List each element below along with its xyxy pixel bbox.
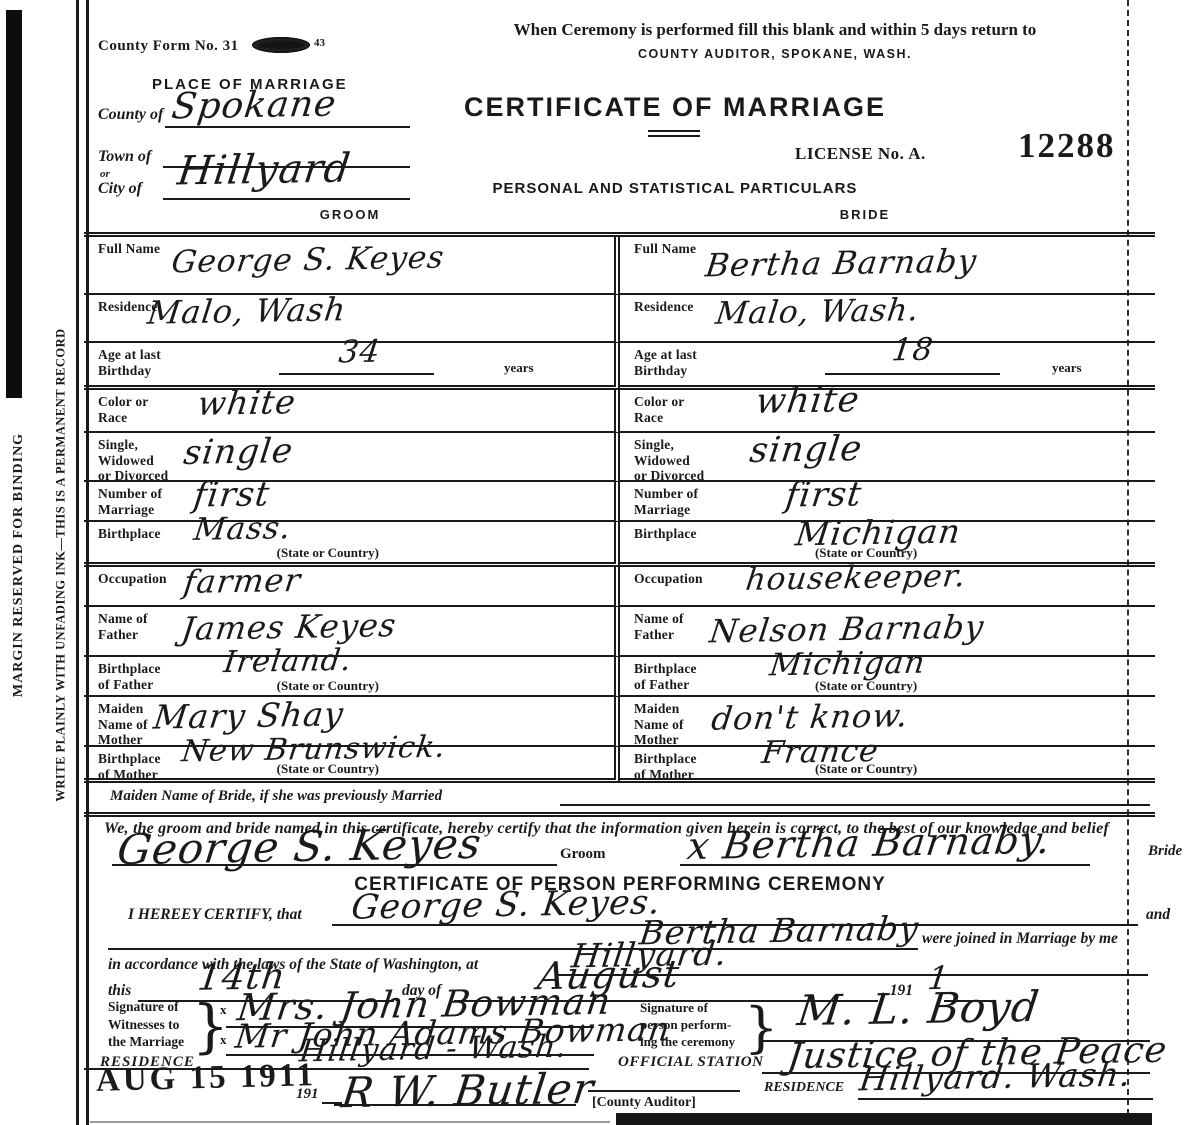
performer-residence-line — [858, 1098, 1153, 1100]
bride-signature: x Bertha Barnaby. — [685, 821, 1053, 865]
table-row: Occupation housekeeper. — [620, 567, 1155, 607]
table-row: Full Name Bertha Barnaby — [620, 237, 1155, 295]
table-row: Color or Race white — [84, 390, 620, 433]
bride-residence: Malo, Wash. — [714, 295, 921, 330]
particulars-table: Full Name George S. Keyes Full Name Bert… — [84, 232, 1155, 783]
field-label: Birthplace of Father — [634, 661, 697, 692]
age-line — [825, 373, 1000, 375]
witness-2-mark: x — [220, 1032, 227, 1048]
groom-mother-maiden-name: Mary Shay — [152, 697, 346, 733]
field-label: Name of Father — [634, 611, 684, 642]
witness-residence-value: Hillyard - Wash. — [298, 1032, 569, 1068]
state-or-country-note: (State or Country) — [815, 761, 917, 777]
bride-signature-label: Bride — [1148, 843, 1182, 860]
table-row: Full Name George S. Keyes — [84, 237, 620, 295]
filing-year-blank: 191 — [296, 1086, 319, 1103]
field-label: Age at last Birthday — [634, 347, 697, 378]
certificate-title: CERTIFICATE OF MARRIAGE — [440, 92, 910, 123]
performer-brace: } — [744, 996, 778, 1059]
state-or-country-note: (State or Country) — [815, 678, 917, 694]
field-label: Maiden Name of Mother — [98, 701, 148, 748]
field-label: Birthplace — [98, 526, 161, 542]
return-to-auditor: COUNTY AUDITOR, SPOKANE, WASH. — [455, 47, 1095, 61]
bride-column-header: BRIDE — [820, 207, 910, 222]
performer-label: Signature of person perform- ing the cer… — [640, 1000, 735, 1051]
groom-father-birthplace: Ireland. — [222, 646, 353, 678]
license-number: 12288 — [1018, 126, 1116, 166]
margin-write-plainly-text: WRITE PLAINLY WITH UNFADING INK—THIS IS … — [54, 328, 69, 801]
field-label: Maiden Name of Mother — [634, 701, 684, 748]
bride-mother-maiden-name: don't know. — [710, 699, 911, 734]
bride-marriage-number: first — [784, 477, 864, 512]
accordance-label: in accordance with the laws of the State… — [108, 956, 478, 974]
performer-residence-label: RESIDENCE — [764, 1080, 844, 1096]
field-label: Birthplace — [634, 526, 697, 542]
joined-in-marriage-label: were joined in Marriage by me — [922, 930, 1118, 948]
marriage-certificate-document: MARGIN RESERVED FOR BINDING WRITE PLAINL… — [0, 0, 1190, 1125]
table-row: Birthplace of Father Michigan (State or … — [620, 657, 1155, 697]
ceremony-groom-name: George S. Keyes. — [350, 885, 663, 924]
town-of-label: Town of — [98, 148, 151, 166]
table-row: Single, Widowed or Divorced single — [84, 433, 620, 482]
field-label: Age at last Birthday — [98, 347, 161, 378]
i-hereby-certify-label: I HEREEY CERTIFY, that — [128, 906, 302, 924]
groom-marriage-number: first — [192, 477, 272, 512]
county-auditor-label: [County Auditor] — [592, 1095, 696, 1111]
groom-birthplace: Mass. — [192, 513, 293, 546]
field-label: Full Name — [634, 241, 696, 257]
groom-race: white — [196, 385, 298, 420]
table-row: Birthplace of Mother France (State or Co… — [620, 747, 1155, 783]
bride-race: white — [754, 383, 862, 420]
table-row: Occupation farmer — [84, 567, 620, 607]
field-label: Single, Widowed or Divorced — [634, 437, 704, 484]
field-label: Birthplace of Mother — [98, 751, 161, 782]
table-row: Birthplace Mass. (State or Country) — [84, 522, 620, 567]
scan-bottom-line — [90, 1121, 610, 1123]
scan-edge-bar — [6, 10, 22, 398]
field-label: Color or Race — [634, 394, 684, 425]
field-label: Full Name — [98, 241, 160, 257]
groom-residence: Malo, Wash — [146, 293, 348, 328]
table-row: Single, Widowed or Divorced single — [620, 433, 1155, 482]
subtitle-particulars: PERSONAL AND STATISTICAL PARTICULARS — [430, 180, 920, 197]
table-row: Age at last Birthday 34 years — [84, 343, 620, 390]
field-label: Birthplace of Father — [98, 661, 161, 692]
maiden-name-of-bride-label: Maiden Name of Bride, if she was previou… — [110, 788, 442, 805]
license-label: LICENSE No. A. — [795, 144, 926, 164]
performer-signature: M. L. Boyd — [795, 986, 1042, 1032]
bride-father-name: Nelson Barnaby — [708, 611, 986, 648]
witnesses-label: Signature of Witnesses to the Marriage — [108, 998, 184, 1051]
maiden-name-line — [560, 804, 1150, 806]
witness-1-mark: x — [220, 1002, 227, 1018]
bride-signature-line — [680, 864, 1090, 866]
performer-residence-value: Hillyard. Wash. — [858, 1058, 1134, 1096]
city-of-value: Hillyard — [175, 148, 353, 191]
county-auditor-rule — [588, 1090, 740, 1092]
auditor-signature-line — [334, 1104, 576, 1106]
table-row: Number of Marriage first — [84, 482, 620, 522]
table-row: Age at last Birthday 18 years — [620, 343, 1155, 390]
printer-union-bug-icon — [252, 37, 310, 53]
bride-father-birthplace: Michigan — [768, 648, 927, 682]
field-label: Single, Widowed or Divorced — [98, 437, 168, 484]
scan-bottom-band — [616, 1113, 1152, 1125]
groom-father-name: James Keyes — [180, 609, 399, 645]
union-bug-number: 43 — [314, 37, 325, 49]
table-row: Maiden Name of Mother don't know. — [620, 697, 1155, 747]
age-line — [279, 373, 434, 375]
groom-column-header: GROOM — [305, 207, 395, 222]
table-row: Residence Malo, Wash. — [620, 295, 1155, 343]
official-station-label: OFFICIAL STATION — [618, 1054, 763, 1071]
return-notice: When Ceremony is performed fill this bla… — [455, 20, 1095, 40]
form-number: County Form No. 31 — [98, 38, 239, 55]
table-row: Color or Race white — [620, 390, 1155, 433]
city-of-label: City of — [98, 180, 142, 198]
state-or-country-note: (State or Country) — [277, 761, 379, 777]
county-of-label: County of — [98, 106, 163, 124]
bride-age: 18 — [890, 335, 935, 367]
field-label: Name of Father — [98, 611, 148, 642]
county-line — [165, 126, 410, 128]
city-line — [163, 198, 410, 200]
bride-marital-status: single — [748, 432, 865, 469]
groom-age: 34 — [337, 337, 382, 369]
bride-occupation: housekeeper. — [744, 561, 968, 596]
years-label: years — [504, 360, 534, 376]
field-label: Number of Marriage — [634, 486, 698, 517]
state-or-country-note: (State or Country) — [277, 545, 379, 561]
groom-signature-label: Groom — [560, 846, 606, 863]
field-label: Color or Race — [98, 394, 148, 425]
table-row: Birthplace of Mother New Brunswick. (Sta… — [84, 747, 620, 783]
filing-date-stamp: AUG 15 1911 — [96, 1057, 317, 1100]
groom-signature-line — [112, 864, 557, 866]
field-label: Occupation — [98, 571, 167, 587]
margin-binding-text: MARGIN RESERVED FOR BINDING — [11, 433, 27, 697]
state-or-country-note: (State or Country) — [277, 678, 379, 694]
title-rule — [648, 130, 700, 137]
table-row: Birthplace of Father Ireland. (State or … — [84, 657, 620, 697]
field-label: Occupation — [634, 571, 703, 587]
and-label: and — [1146, 906, 1170, 924]
groom-full-name: George S. Keyes — [170, 243, 446, 279]
years-label: years — [1052, 360, 1082, 376]
city-of-label-prefix: or — [100, 168, 110, 180]
field-label: Birthplace of Mother — [634, 751, 697, 782]
groom-occupation: farmer — [182, 564, 303, 598]
groom-marital-status: single — [182, 434, 295, 470]
county-of-value: Spokane — [170, 87, 339, 126]
field-label: Number of Marriage — [98, 486, 162, 517]
bride-full-name: Bertha Barnaby — [704, 245, 979, 282]
field-label: Residence — [634, 299, 694, 315]
auditor-signature: R W. Butler — [339, 1068, 596, 1114]
section-double-rule — [84, 812, 1155, 817]
